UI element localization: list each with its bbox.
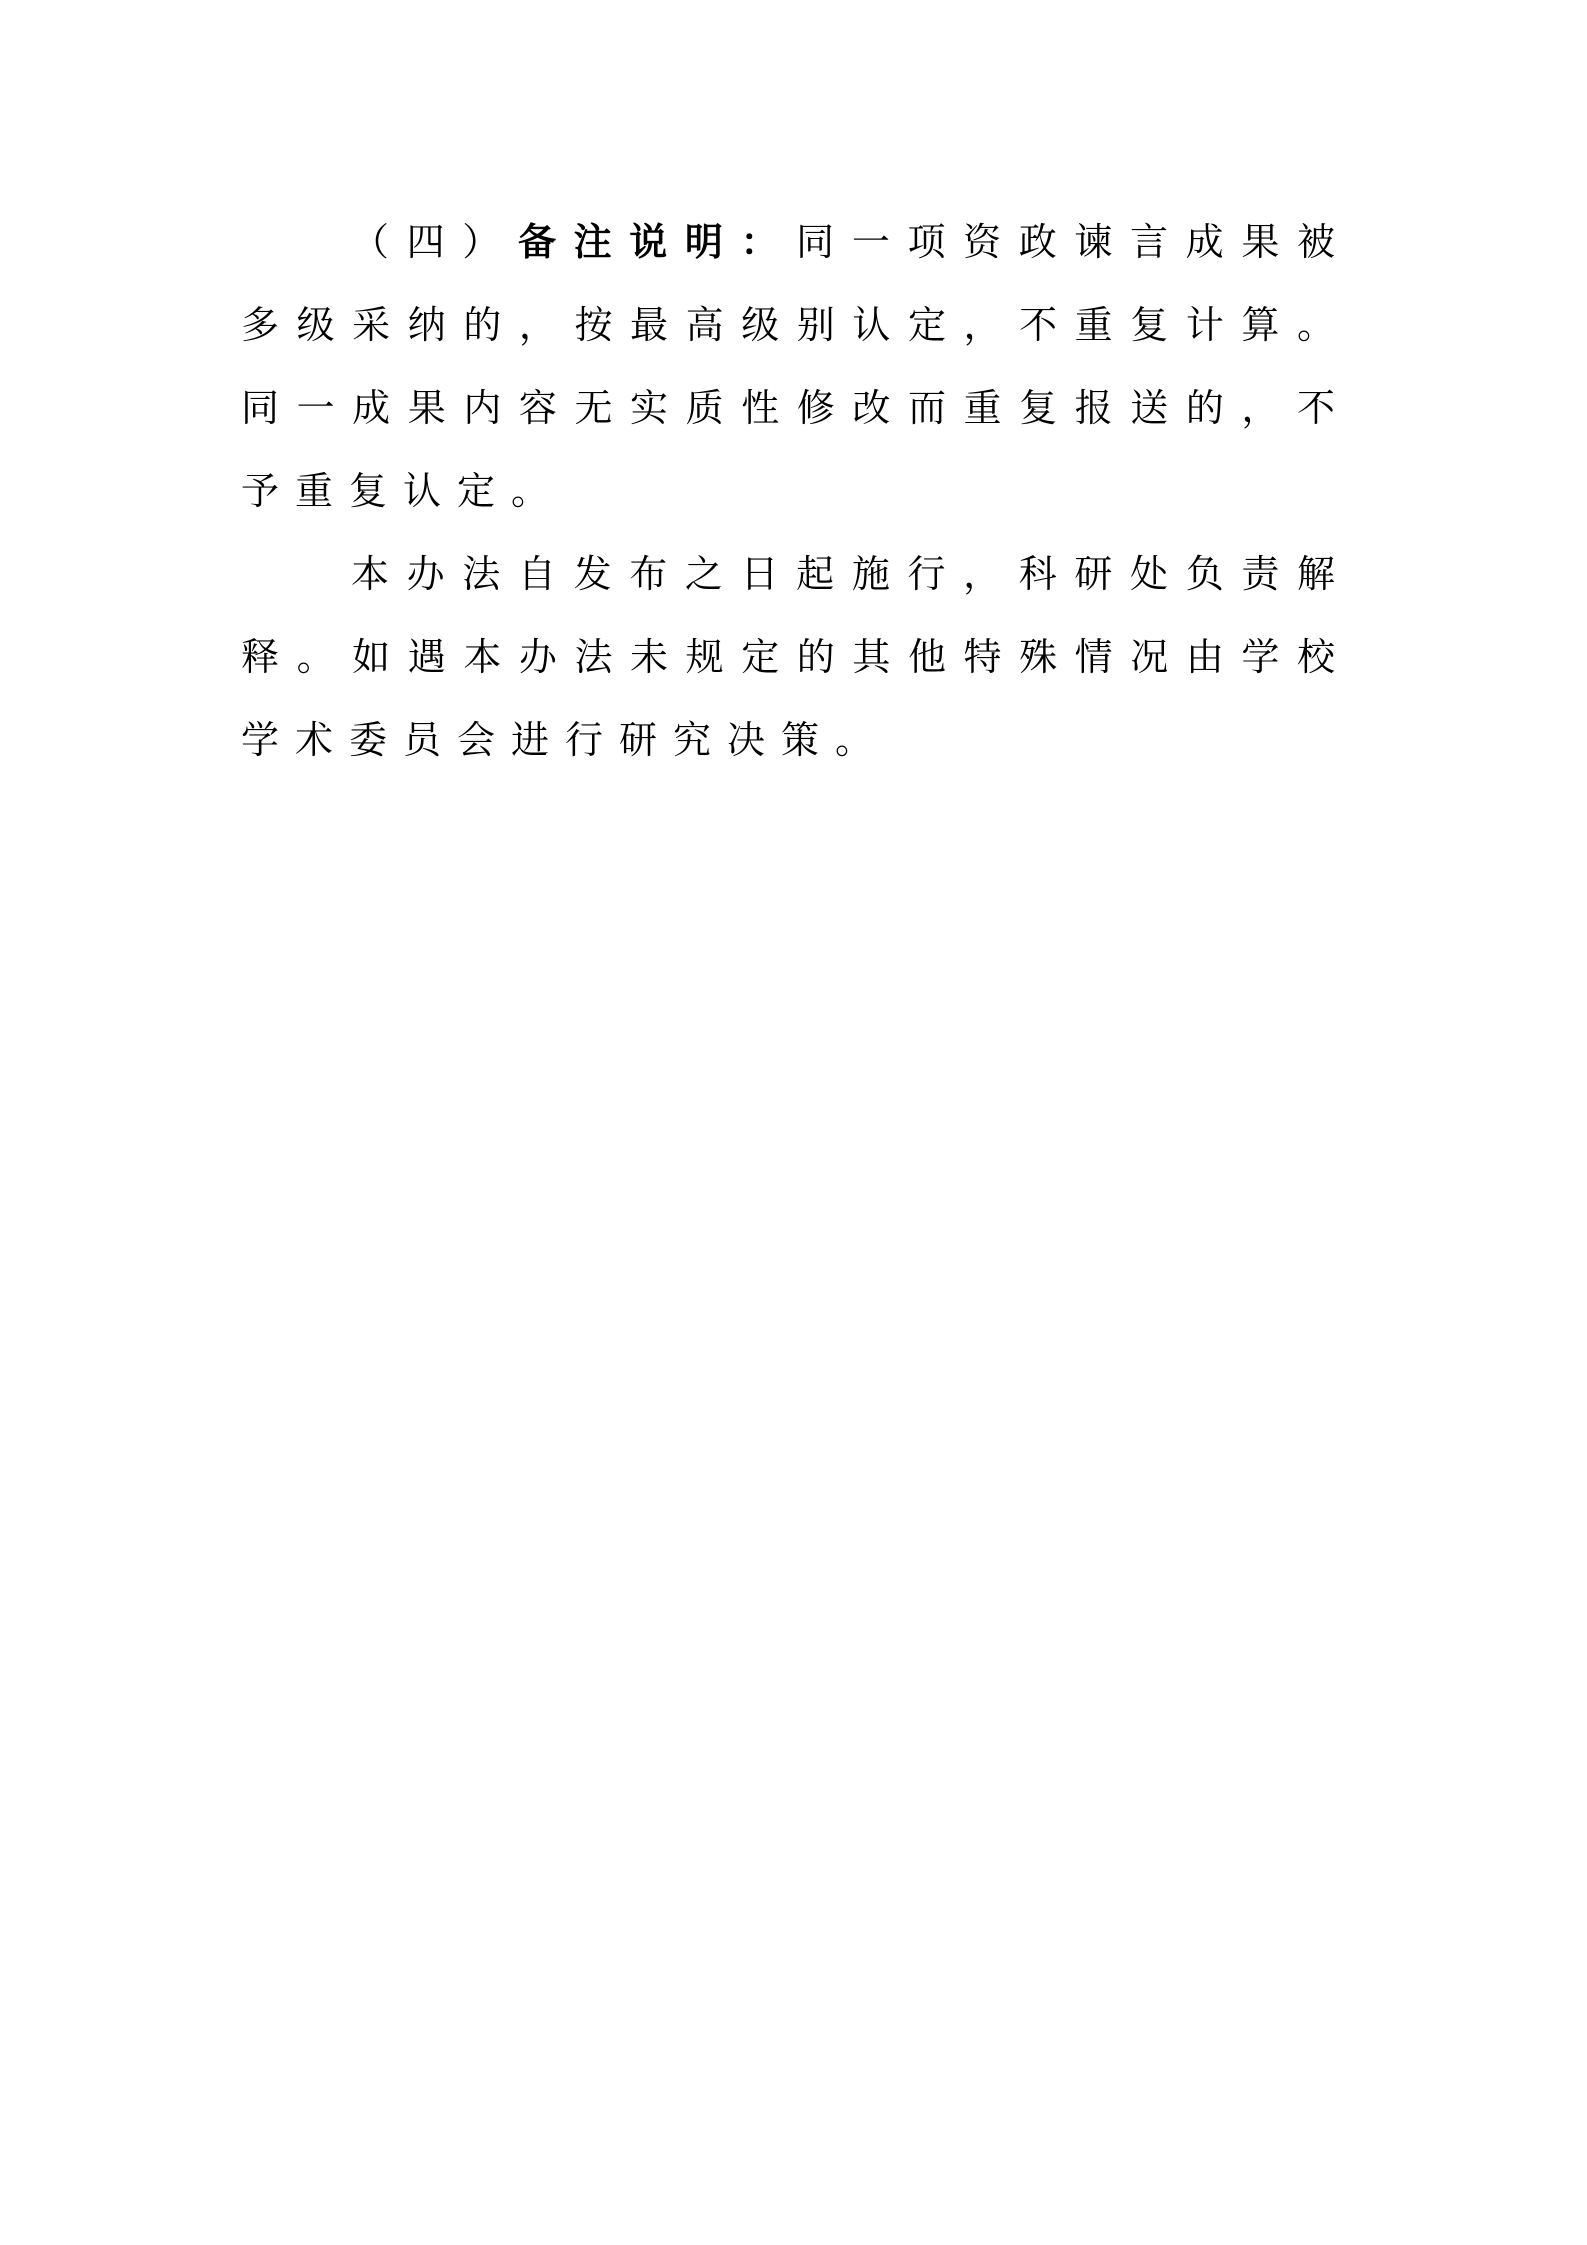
section-number: （四）: [351, 220, 518, 264]
effective-date-paragraph: 本办法自发布之日起施行，科研处负责解释。如遇本办法未规定的其他特殊情况由学校学术…: [241, 533, 1351, 782]
remarks-paragraph: （四）备注说明：同一项资政谏言成果被多级采纳的，按最高级别认定，不重复计算。同一…: [241, 200, 1351, 533]
section-heading: 备注说明：: [518, 219, 796, 264]
effective-date-text: 本办法自发布之日起施行，科研处负责解释。如遇本办法未规定的其他特殊情况由学校学术…: [241, 552, 1351, 762]
document-page: （四）备注说明：同一项资政谏言成果被多级采纳的，按最高级别认定，不重复计算。同一…: [241, 200, 1351, 782]
